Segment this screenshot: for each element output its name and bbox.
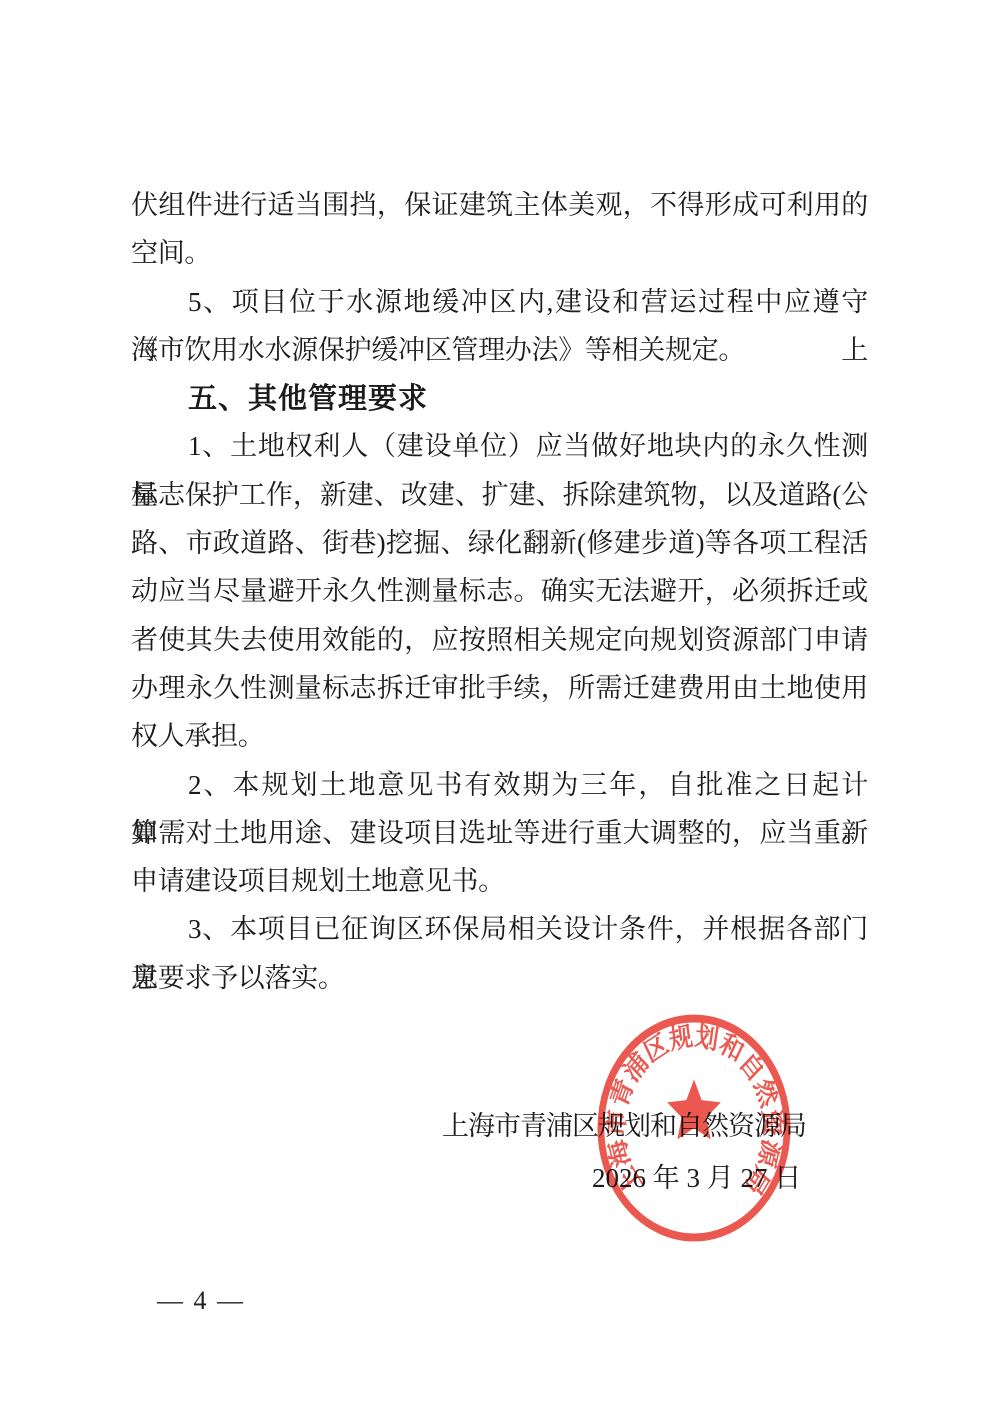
body-line: 如需对土地用途、建设项目选址等进行重大调整的，应当重新 [131,809,868,857]
body-line: 者使其失去使用效能的，应按照相关规定向规划资源部门申请 [131,616,868,664]
document-body: 伏组件进行适当围挡，保证建筑主体美观，不得形成可利用的 空间。 5、项目位于水源… [131,181,868,1002]
body-line: 申请建设项目规划土地意见书。 [131,857,868,905]
body-line: 标志保护工作，新建、改建、扩建、拆除建筑物，以及道路(公 [131,471,868,519]
signature-date-line: 2026 年 3 月 27 日 [592,1156,801,1195]
body-line: 5、项目位于水源地缓冲区内,建设和营运过程中应遵守《上 [131,278,868,326]
body-line: 2、本规划土地意见书有效期为三年，自批准之日起计算。 [131,761,868,809]
body-line: 见要求予以落实。 [131,954,868,1002]
page-number: — 4 — [157,1286,245,1316]
body-line: 动应当尽量避开永久性测量标志。确实无法避开，必须拆迁或 [131,567,868,615]
body-line: 3、本项目已征询区环保局相关设计条件，并根据各部门意 [131,905,868,953]
body-line: 1、土地权利人（建设单位）应当做好地块内的永久性测量 [131,422,868,470]
body-line: 权人承担。 [131,712,868,760]
document-page: 伏组件进行适当围挡，保证建筑主体美观，不得形成可利用的 空间。 5、项目位于水源… [0,0,992,1403]
body-line: 路、市政道路、街巷)挖掘、绿化翻新(修建步道)等各项工程活 [131,519,868,567]
body-line: 空间。 [131,229,868,277]
signature-agency-line: 上海市青浦区规划和自然资源局 [442,1104,806,1143]
body-line: 办理永久性测量标志拆迁审批手续，所需迁建费用由土地使用 [131,664,868,712]
section-heading: 五、其他管理要求 [131,374,868,422]
body-line: 伏组件进行适当围挡，保证建筑主体美观，不得形成可利用的 [131,181,868,229]
